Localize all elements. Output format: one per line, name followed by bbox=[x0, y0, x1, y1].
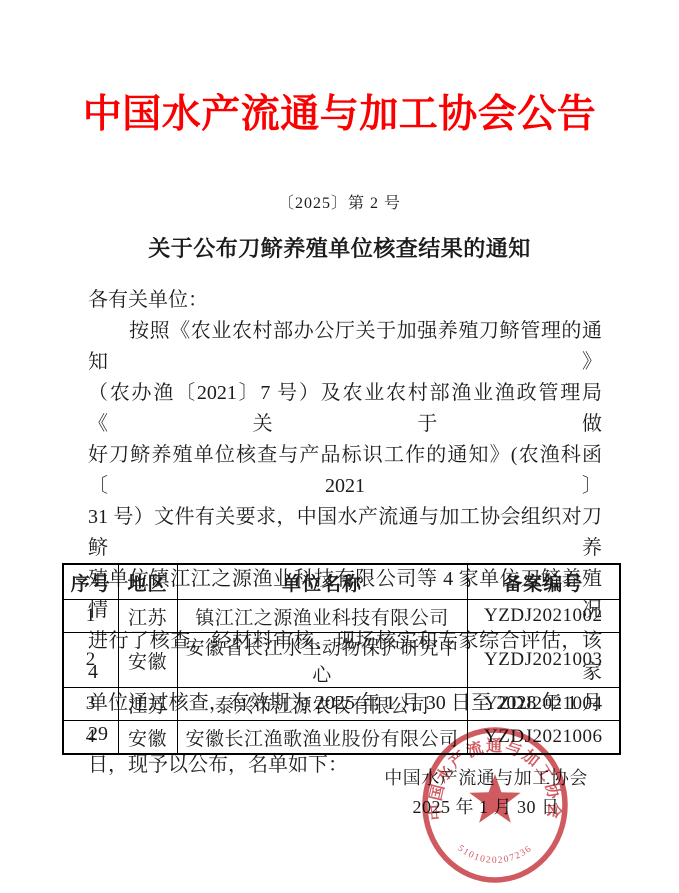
table-cell: 安徽长江渔歌渔业股份有限公司 bbox=[177, 721, 467, 755]
table-cell: YZDJ2021004 bbox=[467, 688, 620, 721]
table-cell: YZDJ2021003 bbox=[467, 633, 620, 688]
result-table: 序号地区单位名称备案编号 1江苏镇江江之源渔业科技有限公司YZDJ2021002… bbox=[62, 563, 621, 755]
table-cell: YZDJ2021006 bbox=[467, 721, 620, 755]
table-cell: 2 bbox=[63, 633, 118, 688]
table-cell: 3 bbox=[63, 688, 118, 721]
table-header-cell: 备案编号 bbox=[467, 564, 620, 600]
table-cell: 安徽 bbox=[118, 721, 177, 755]
table-row: 1江苏镇江江之源渔业科技有限公司YZDJ2021002 bbox=[63, 600, 620, 633]
body-line: 各有关单位： bbox=[88, 285, 602, 316]
table-cell: 镇江江之源渔业科技有限公司 bbox=[177, 600, 467, 633]
table-cell: 1 bbox=[63, 600, 118, 633]
document-page: 中国水产流通与加工协会公告 〔2025〕第 2 号 关于公布刀鲚养殖单位核查结果… bbox=[0, 0, 679, 893]
signature-block: 中国水产流通与加工协会 2025 年 1 月 30 日 bbox=[378, 767, 594, 818]
body-line: 按照《农业农村部办公厅关于加强养殖刀鲚管理的通知》 bbox=[88, 316, 602, 378]
stamp-code: 5101020207236 bbox=[456, 844, 535, 866]
signature-date: 2025 年 1 月 30 日 bbox=[378, 796, 594, 818]
table-cell: 江苏 bbox=[118, 600, 177, 633]
table-cell: 4 bbox=[63, 721, 118, 755]
table-cell: 泰兴市江源农牧有限公司 bbox=[177, 688, 467, 721]
table-row: 2安徽安徽省长江水生动物保护研究中心YZDJ2021003 bbox=[63, 633, 620, 688]
subject-title: 关于公布刀鲚养殖单位核查结果的通知 bbox=[0, 232, 679, 263]
table-row: 4安徽安徽长江渔歌渔业股份有限公司YZDJ2021006 bbox=[63, 721, 620, 755]
table-row: 3江苏泰兴市江源农牧有限公司YZDJ2021004 bbox=[63, 688, 620, 721]
table-cell: YZDJ2021002 bbox=[467, 600, 620, 633]
signature-org: 中国水产流通与加工协会 bbox=[378, 767, 594, 789]
table-header-cell: 地区 bbox=[118, 564, 177, 600]
table-header-cell: 单位名称 bbox=[177, 564, 467, 600]
table-cell: 安徽省长江水生动物保护研究中心 bbox=[177, 633, 467, 688]
table-header-cell: 序号 bbox=[63, 564, 118, 600]
doc-number: 〔2025〕第 2 号 bbox=[0, 190, 679, 213]
body-line: 好刀鲚养殖单位核查与产品标识工作的通知》(农渔科函〔2021〕 bbox=[88, 440, 602, 502]
page-title: 中国水产流通与加工协会公告 bbox=[0, 92, 679, 138]
table-cell: 江苏 bbox=[118, 688, 177, 721]
body-line: （农办渔〔2021〕7 号）及农业农村部渔业渔政管理局《关于做 bbox=[88, 378, 602, 440]
body-line: 31 号）文件有关要求，中国水产流通与加工协会组织对刀鲚养 bbox=[88, 502, 602, 564]
table-cell: 安徽 bbox=[118, 633, 177, 688]
table-header: 序号地区单位名称备案编号 bbox=[63, 564, 620, 600]
